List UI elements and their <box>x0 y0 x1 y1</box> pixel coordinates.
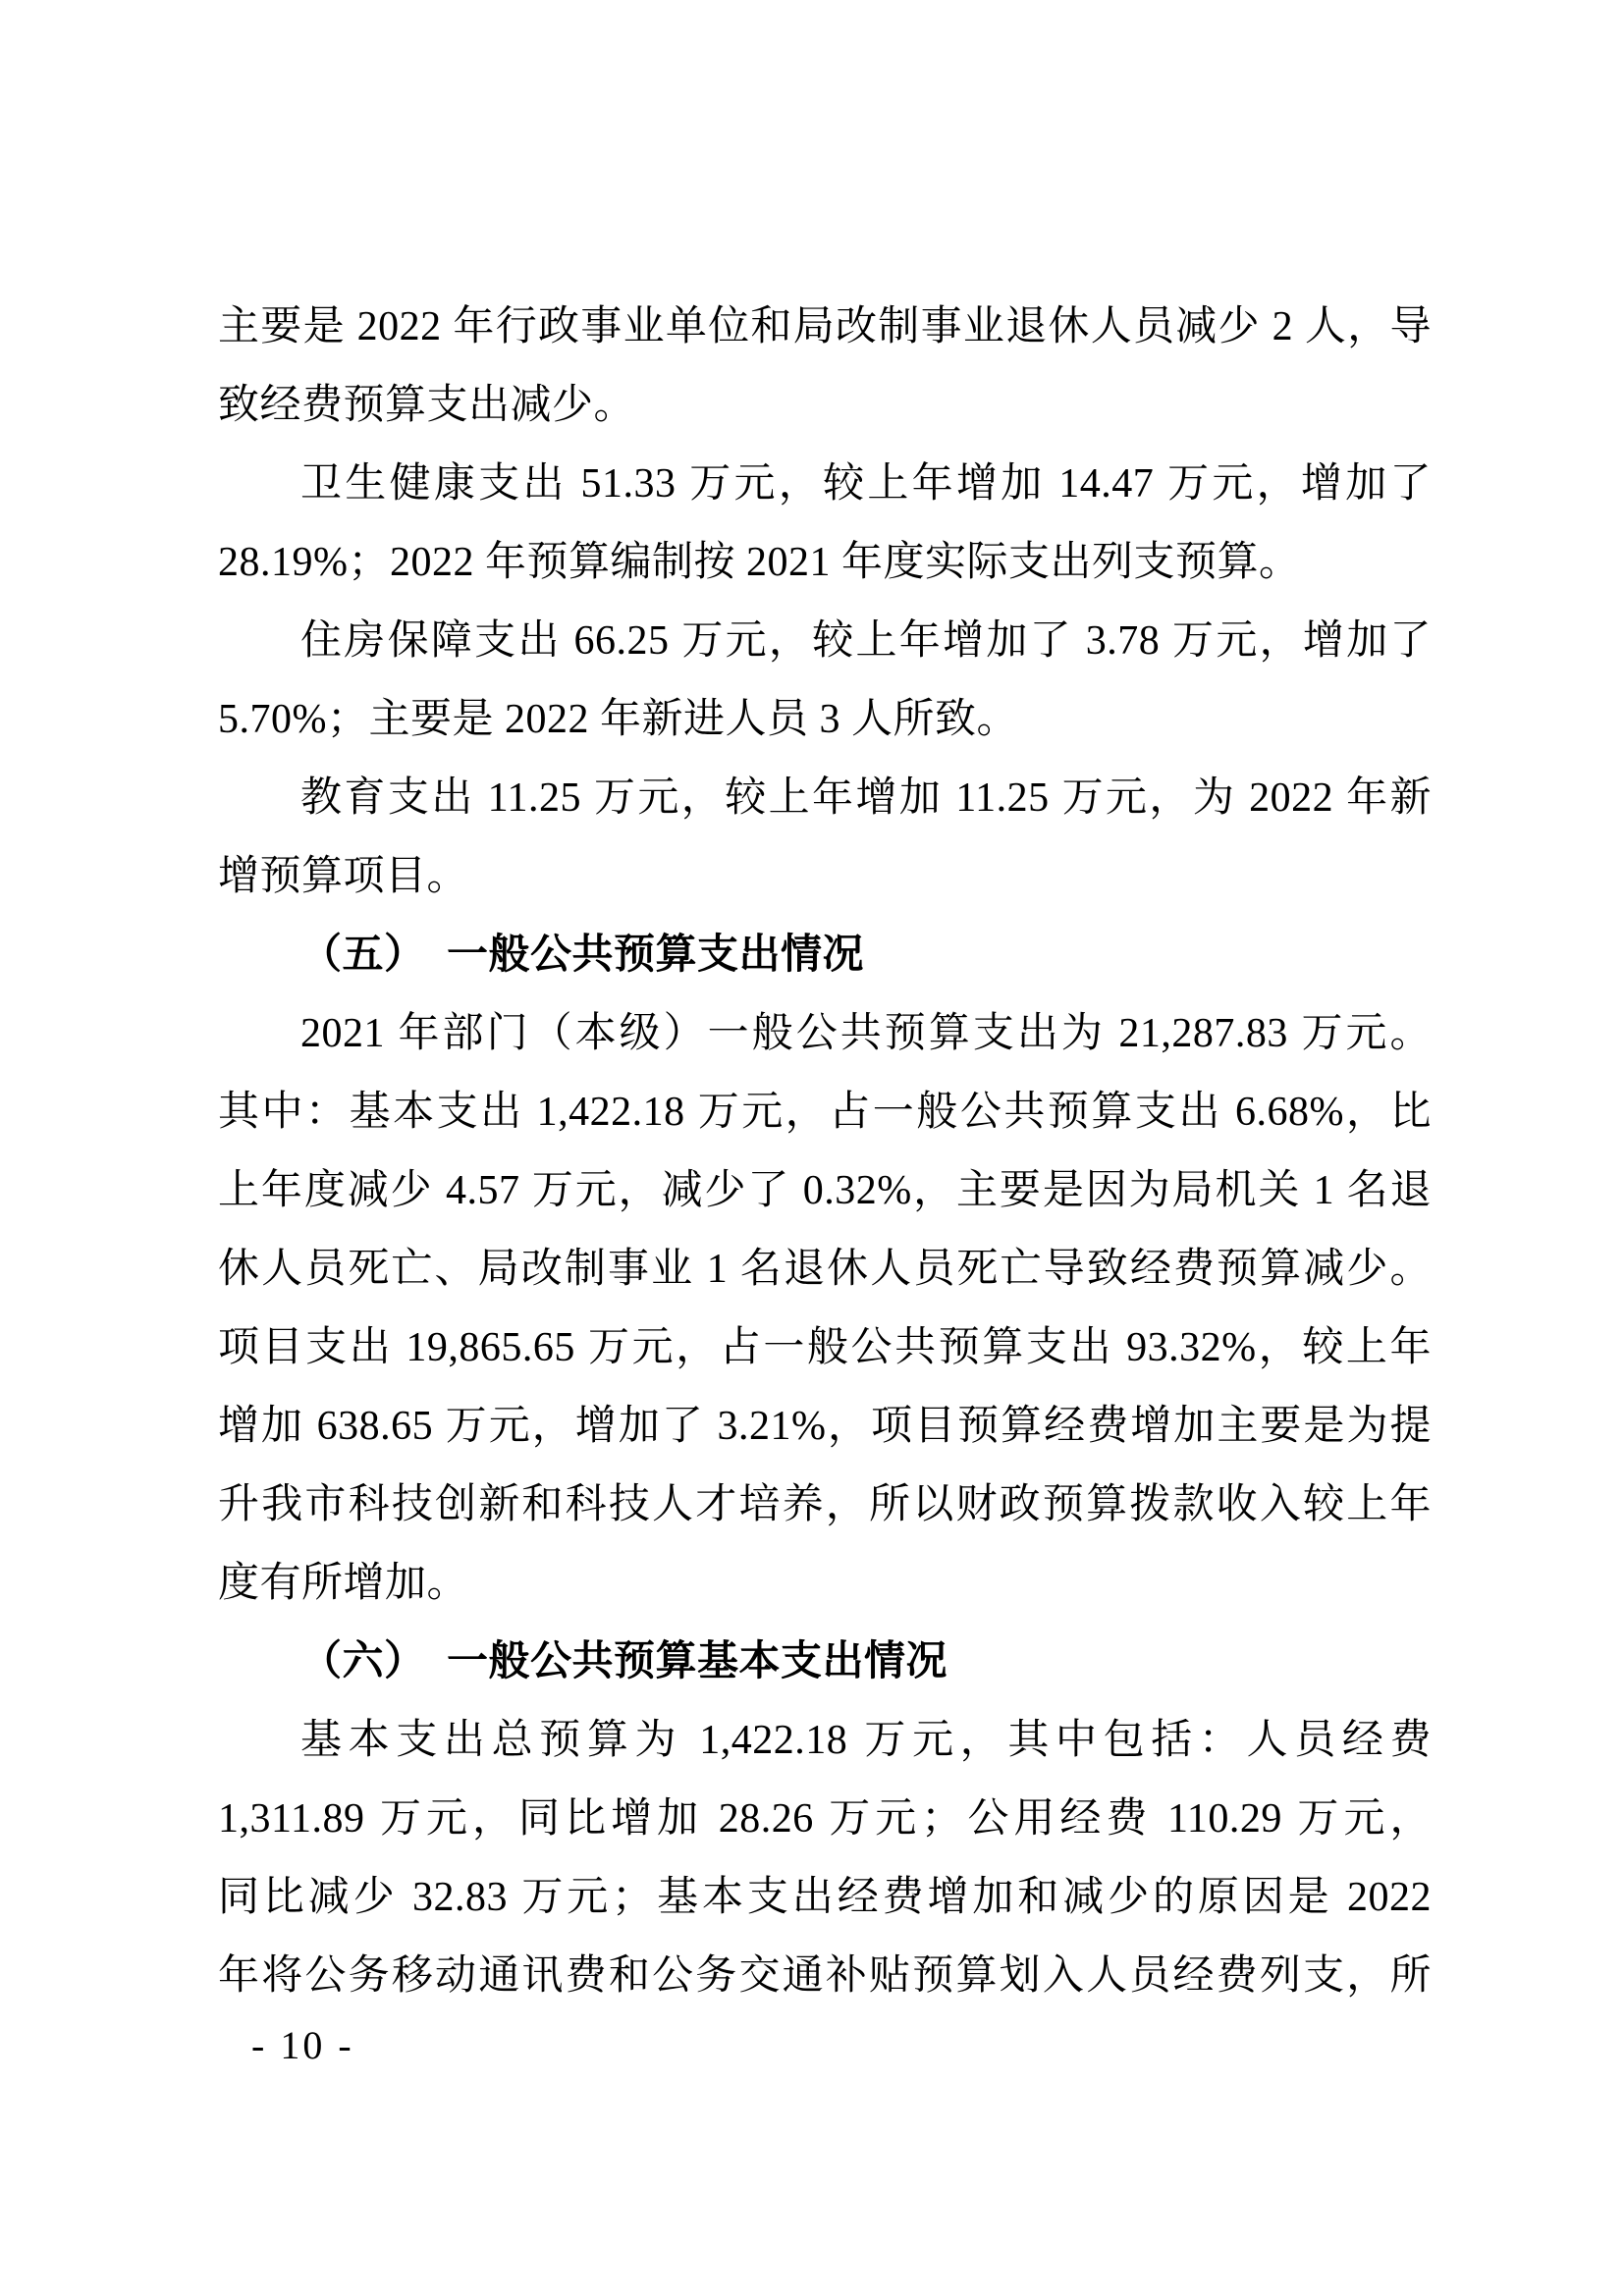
body-line: 2021 年部门（本级）一般公共预算支出为 21,287.83 万元。 <box>218 994 1432 1073</box>
body-line: 休人员死亡、局改制事业 1 名退休人员死亡导致经费预算减少。 <box>218 1230 1432 1308</box>
body-line: 增预算项目。 <box>218 837 1432 916</box>
document-page: 主要是 2022 年行政事业单位和局改制事业退休人员减少 2 人，导 致经费预算… <box>0 0 1624 2296</box>
body-line: 项目支出 19,865.65 万元，占一般公共预算支出 93.32%，较上年 <box>218 1308 1432 1387</box>
body-line: 上年度减少 4.57 万元，减少了 0.32%，主要是因为局机关 1 名退 <box>218 1151 1432 1230</box>
section-heading-6: （六） 一般公共预算基本支出情况 <box>218 1623 1432 1701</box>
page-number: - 10 - <box>251 2024 354 2067</box>
document-body: 主要是 2022 年行政事业单位和局改制事业退休人员减少 2 人，导 致经费预算… <box>218 288 1432 2015</box>
body-line: 28.19%；2022 年预算编制按 2021 年度实际支出列支预算。 <box>218 523 1432 602</box>
body-line: 增加 638.65 万元，增加了 3.21%，项目预算经费增加主要是为提 <box>218 1387 1432 1466</box>
body-line: 住房保障支出 66.25 万元，较上年增加了 3.78 万元，增加了 <box>218 602 1432 680</box>
body-line: 教育支出 11.25 万元，较上年增加 11.25 万元，为 2022 年新 <box>218 759 1432 837</box>
body-line: 度有所增加。 <box>218 1544 1432 1623</box>
body-line: 基本支出总预算为 1,422.18 万元，其中包括：人员经费 <box>218 1701 1432 1780</box>
body-line: 其中：基本支出 1,422.18 万元，占一般公共预算支出 6.68%，比 <box>218 1073 1432 1151</box>
body-line: 升我市科技创新和科技人才培养，所以财政预算拨款收入较上年 <box>218 1466 1432 1544</box>
body-line: 同比减少 32.83 万元；基本支出经费增加和减少的原因是 2022 <box>218 1858 1432 1937</box>
body-line: 年将公务移动通讯费和公务交通补贴预算划入人员经费列支，所 <box>218 1937 1432 2015</box>
section-heading-5: （五） 一般公共预算支出情况 <box>218 916 1432 994</box>
body-line: 5.70%；主要是 2022 年新进人员 3 人所致。 <box>218 680 1432 759</box>
body-line: 主要是 2022 年行政事业单位和局改制事业退休人员减少 2 人，导 <box>218 288 1432 366</box>
body-line: 卫生健康支出 51.33 万元，较上年增加 14.47 万元，增加了 <box>218 445 1432 523</box>
body-line: 1,311.89 万元，同比增加 28.26 万元；公用经费 110.29 万元… <box>218 1780 1432 1858</box>
body-line: 致经费预算支出减少。 <box>218 366 1432 445</box>
